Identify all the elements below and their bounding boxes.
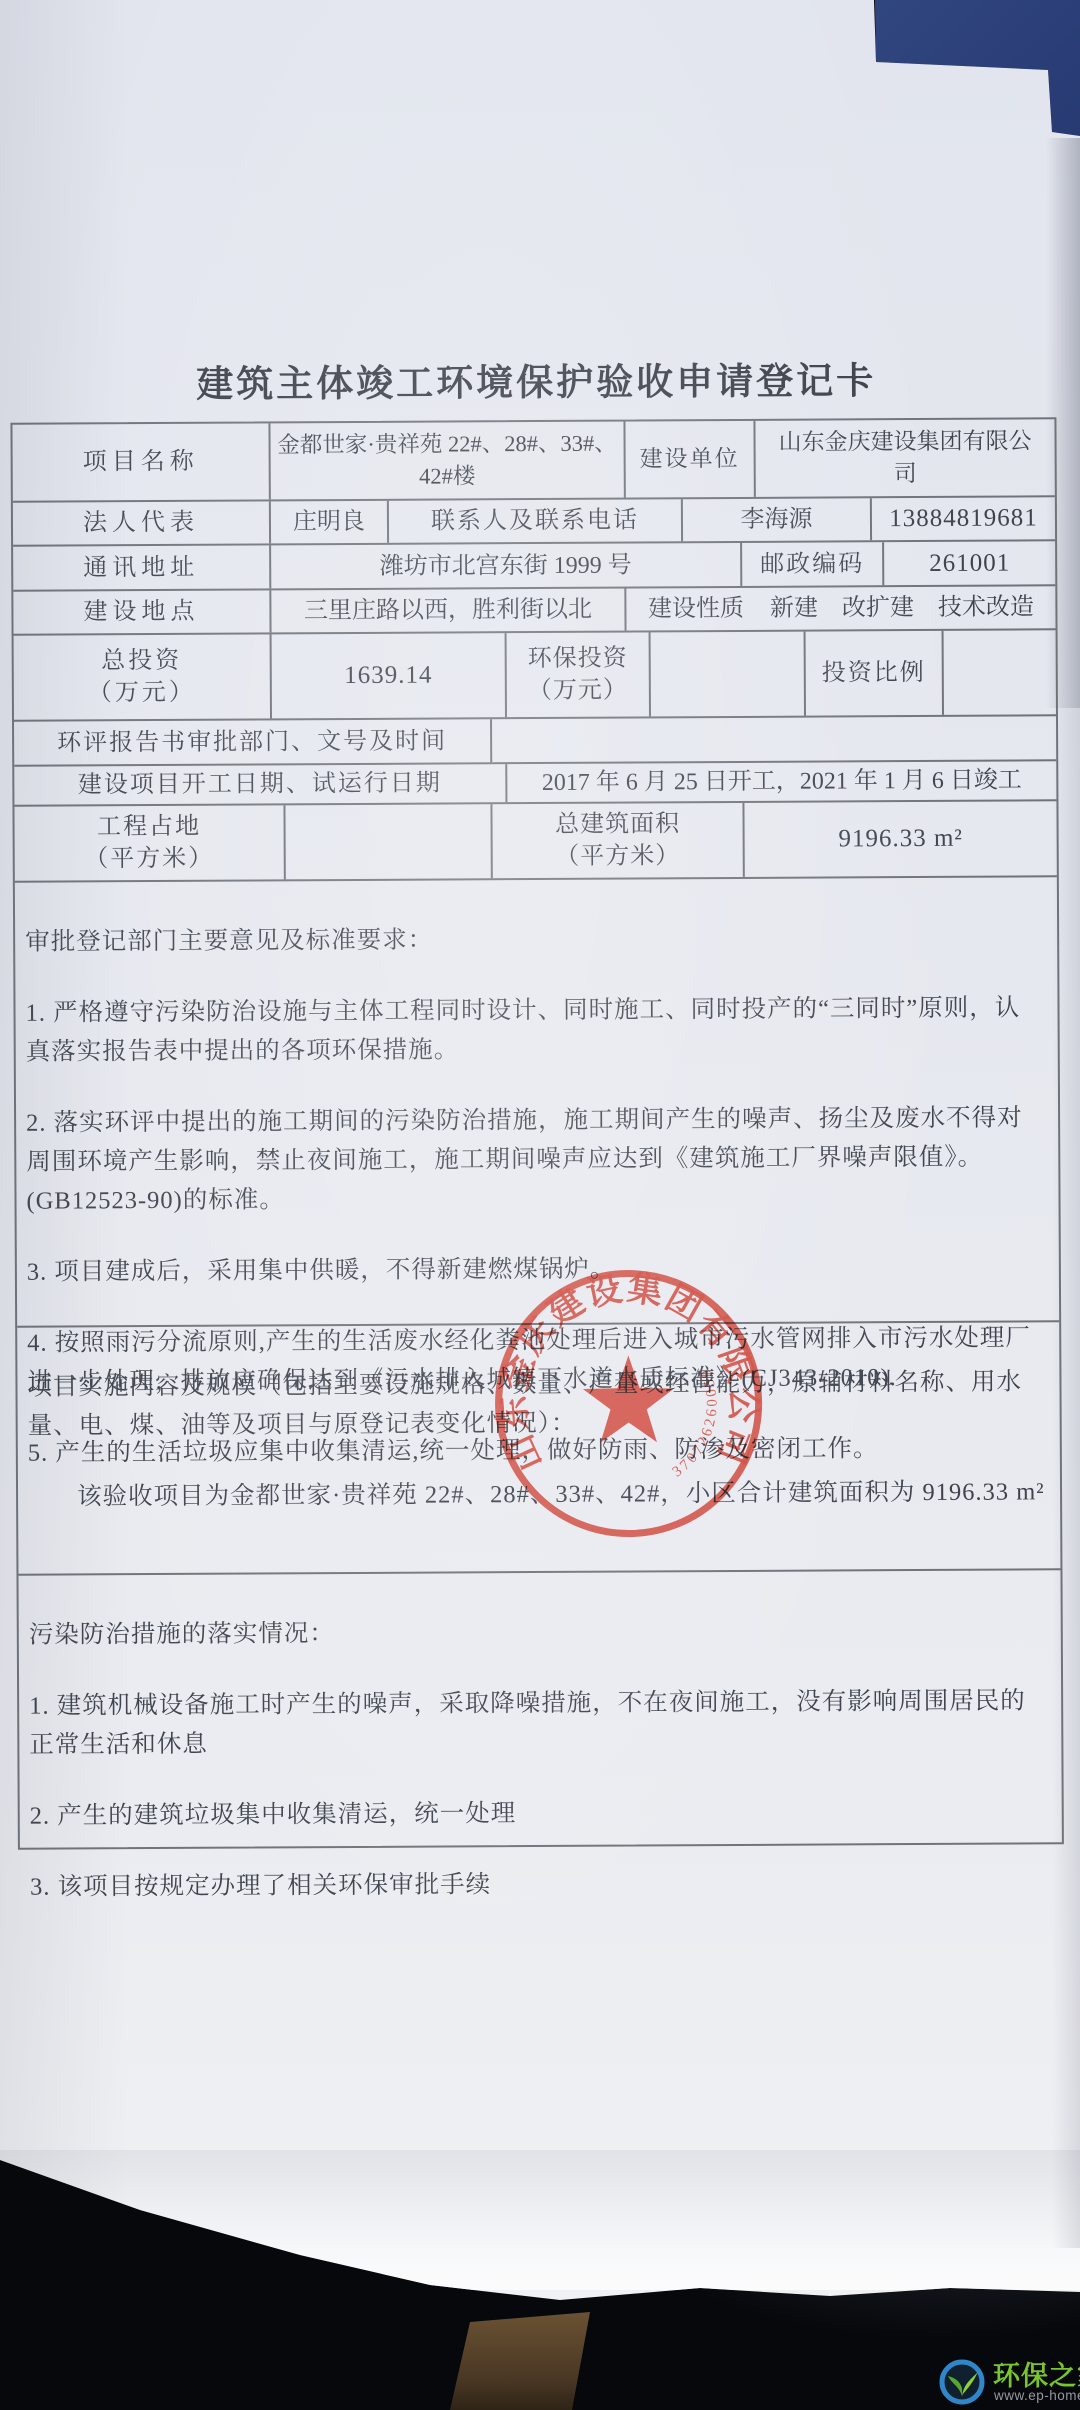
- company-seal-stamp: 山东金庆建设集团有限公司 370726260059: [448, 1223, 810, 1585]
- floor-area-value: 9196.33 m²: [744, 801, 1056, 877]
- table-row: 环评报告书审批部门、文号及时间: [14, 716, 1056, 766]
- postal-code-label: 邮政编码: [742, 542, 884, 586]
- floor-area-label: 总建筑面积 （平方米）: [492, 803, 744, 878]
- measures-item: 1. 建筑机械设备施工时产生的噪声，采取降噪措施，不在夜间施工，没有影响周围居民…: [29, 1681, 1047, 1764]
- table-row: 总投资 （万元） 1639.14 环保投资 （万元） 投资比例: [14, 630, 1056, 721]
- measures-item: 3. 该项目按规定办理了相关环保审批手续: [30, 1862, 1048, 1906]
- table-section-measures: 污染防治措施的落实情况： 1. 建筑机械设备施工时产生的噪声，采取降噪措施，不在…: [18, 1570, 1061, 1847]
- table-row: 法人代表 庄明良 联系人及联系电话 李海源 13884819681: [13, 497, 1055, 546]
- land-area-label: 工程占地 （平方米）: [14, 805, 285, 880]
- table-row: 工程占地 （平方米） 总建筑面积 （平方米） 9196.33 m²: [14, 801, 1056, 882]
- investment-ratio-label: 投资比例: [806, 631, 944, 716]
- site-watermark: 环保之家 www.ep-home.cn: [938, 2352, 1080, 2410]
- start-date-value: 2017 年 6 月 25 日开工，2021 年 1 月 6 日竣工: [507, 761, 1056, 802]
- construction-unit-label: 建设单位: [625, 421, 755, 498]
- measures-item: 2. 产生的建筑垃圾集中收集清运，统一处理: [30, 1791, 1048, 1835]
- measures-section-cell: 污染防治措施的落实情况： 1. 建筑机械设备施工时产生的噪声，采取降噪措施，不在…: [18, 1570, 1061, 1847]
- construction-nature-options: 新建 改扩建 技术改造: [770, 591, 1034, 624]
- project-name-value: 金都世家·贵祥苑 22#、28#、33#、 42#楼: [270, 422, 625, 500]
- construction-nature-cell: 建设性质新建 改扩建 技术改造: [626, 586, 1055, 630]
- total-investment-value: 1639.14: [272, 633, 507, 718]
- construction-unit-value: 山东金庆建设集团有限公 司: [755, 419, 1054, 497]
- mailing-address-label: 通讯地址: [13, 545, 271, 589]
- seal-code: 370726260059: [669, 1364, 721, 1480]
- table-row: 通讯地址 潍坊市北宫东街 1999 号 邮政编码 261001: [13, 541, 1055, 591]
- eia-approval-value: [492, 716, 1056, 762]
- measures-header: 污染防治措施的落实情况：: [29, 1610, 1047, 1654]
- approval-item: 1. 严格遵守污染防治设施与主体工程同时设计、同时施工、同时投产的“三同时”原则…: [25, 988, 1043, 1071]
- approval-section-header: 审批登记部门主要意见及标准要求：: [25, 917, 1043, 961]
- approval-item: 2. 落实环评中提出的施工期间的污染防治措施，施工期间产生的噪声、扬尘及废水不得…: [26, 1098, 1045, 1220]
- mailing-address-value: 潍坊市北宫东街 1999 号: [271, 543, 742, 588]
- contact-phone-value: 13884819681: [872, 497, 1055, 540]
- form-title: 建筑主体竣工环境保护验收申请登记卡: [0, 349, 1076, 409]
- start-date-label: 建设项目开工日期、试运行日期: [14, 764, 507, 805]
- registration-table: 项目名称 金都世家·贵祥苑 22#、28#、33#、 42#楼 建设单位 山东金…: [10, 417, 1063, 1849]
- contact-label: 联系人及联系电话: [389, 499, 683, 543]
- paper-sheet: 建筑主体竣工环境保护验收申请登记卡 项目名称 金都世家·贵祥苑 22#、28#、…: [0, 0, 1080, 2310]
- construction-nature-label: 建设性质: [648, 593, 744, 626]
- form-content: 建筑主体竣工环境保护验收申请登记卡 项目名称 金都世家·贵祥苑 22#、28#、…: [0, 0, 1080, 2313]
- construction-site-label: 建设地点: [13, 590, 271, 633]
- construction-site-value: 三里庄路以西，胜利街以北: [271, 589, 626, 633]
- land-area-value: [285, 804, 492, 879]
- total-investment-label: 总投资 （万元）: [14, 634, 272, 719]
- photo-of-registration-form: 建筑主体竣工环境保护验收申请登记卡 项目名称 金都世家·贵祥苑 22#、28#、…: [0, 0, 1080, 2410]
- env-investment-value: [651, 632, 806, 717]
- eia-approval-label: 环评报告书审批部门、文号及时间: [14, 719, 492, 765]
- project-name-label: 项目名称: [12, 423, 270, 500]
- legal-rep-label: 法人代表: [13, 501, 271, 544]
- seal-star-icon: [583, 1355, 675, 1442]
- table-row: 建设项目开工日期、试运行日期 2017 年 6 月 25 日开工，2021 年 …: [14, 761, 1056, 806]
- contact-name-value: 李海源: [683, 498, 872, 541]
- postal-code-value: 261001: [884, 541, 1055, 585]
- legal-rep-value: 庄明良: [271, 501, 389, 544]
- table-row: 建设地点 三里庄路以西，胜利街以北 建设性质新建 改扩建 技术改造: [13, 586, 1055, 635]
- ep-home-url: www.ep-home.cn: [994, 2388, 1080, 2403]
- env-investment-label: 环保投资 （万元）: [507, 632, 651, 717]
- investment-ratio-value: [944, 630, 1056, 715]
- table-row: 项目名称 金都世家·贵祥苑 22#、28#、33#、 42#楼 建设单位 山东金…: [12, 419, 1054, 502]
- ep-home-logo-icon: [938, 2358, 986, 2406]
